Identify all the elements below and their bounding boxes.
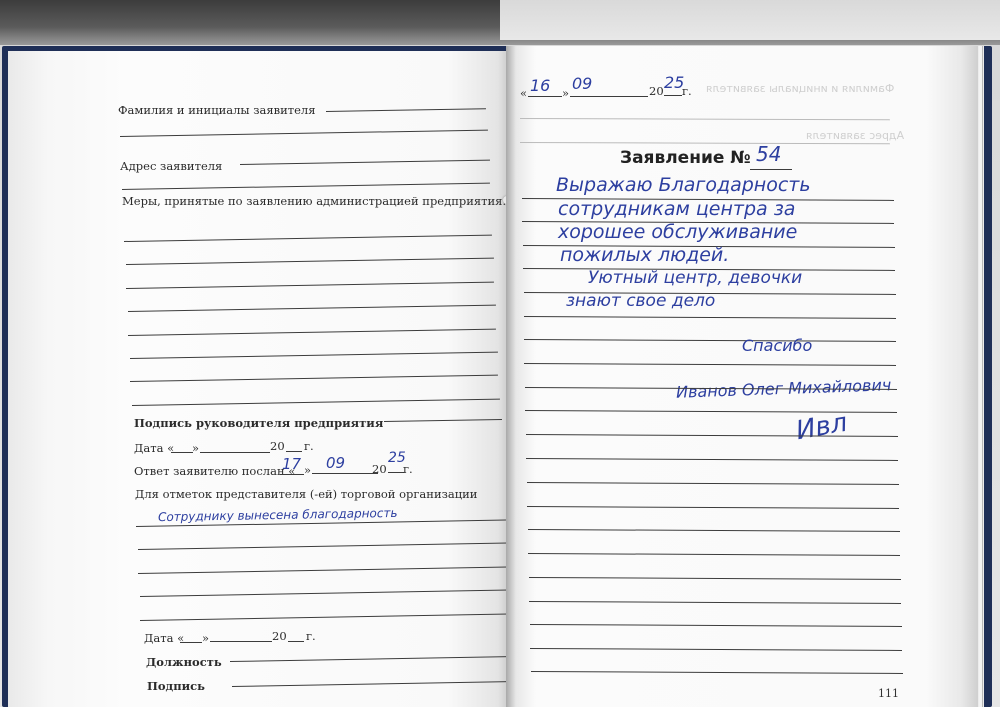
statement-number: 54 (756, 142, 781, 166)
reply-day: 17 (282, 455, 301, 473)
statement-line: сотрудникам центра за (558, 198, 795, 220)
left-page: Фамилия и инициалы заявителя Адрес заяви… (8, 51, 514, 707)
position-label: Должность (146, 655, 222, 669)
notes-line (140, 590, 510, 597)
measures-line (130, 375, 498, 382)
statement-line: хорошее обслуживание (558, 221, 797, 243)
scanner-background-right (500, 0, 1000, 40)
applicant-address-label: Адрес заявителя (120, 159, 222, 173)
measures-label: Меры, принятые по заявлению администраци… (122, 194, 506, 208)
right-page: Фамилия и инициалы заявителя Адрес заяви… (506, 46, 978, 707)
bleed-through-text: Адрес заявителя (806, 129, 904, 142)
measures-line (126, 258, 494, 265)
applicant-name-label: Фамилия и инициалы заявителя (118, 103, 316, 117)
position-line (230, 656, 514, 662)
measures-line (132, 399, 500, 406)
manager-signature-label: Подпись руководителя предприятия (134, 416, 383, 430)
representative-notes-label: Для отметок представителя (-ей) торговой… (135, 487, 477, 501)
statement-line: Уютный центр, девочки (588, 268, 802, 288)
applicant-address-line-2 (122, 183, 490, 190)
closing-thanks: Спасибо (742, 336, 812, 355)
measures-line (128, 305, 496, 312)
statement-line: пожилых людей. (560, 244, 729, 266)
applicant-address-line (240, 160, 490, 165)
notes-line (140, 614, 510, 621)
applicant-signature: Ивл (794, 408, 850, 446)
statement-month: 09 (572, 74, 592, 93)
statement-title: Заявление № (620, 148, 751, 168)
measures-line (126, 282, 494, 289)
measures-line (124, 235, 492, 242)
signature-label: Подпись (147, 679, 205, 693)
reply-month: 09 (326, 454, 345, 472)
statement-line: Выражаю Благодарность (556, 174, 811, 196)
statement-day: 16 (530, 76, 550, 95)
statement-line: знают свое дело (566, 291, 715, 311)
measures-line (130, 352, 498, 359)
signature-line (232, 681, 514, 687)
notes-line (138, 543, 508, 550)
manager-signature-line (384, 419, 502, 422)
applicant-name-line (326, 108, 486, 112)
applicant-name-line-2 (120, 130, 488, 137)
page-number: 111 (878, 687, 899, 700)
notes-line (138, 567, 508, 574)
measures-line (128, 329, 496, 336)
bleed-through-text: Фамилия и инициалы заявителя (706, 82, 894, 95)
